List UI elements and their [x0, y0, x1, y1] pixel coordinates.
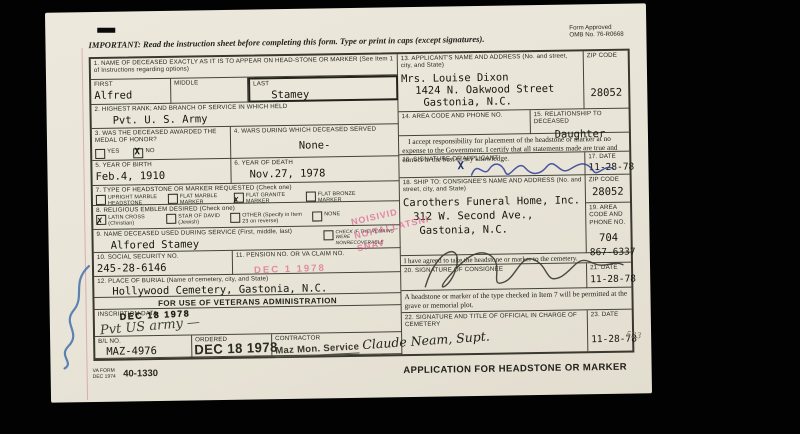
field-6-label: 6. YEAR OF DEATH [234, 157, 395, 167]
field-6-year-of-death: 6. YEAR OF DEATH Nov.27, 1978 [231, 156, 399, 184]
zip-value-13: 28052 [587, 87, 625, 100]
form-title: APPLICATION FOR HEADSTONE OR MARKER [403, 362, 628, 377]
consignee-line2: 312 W. Second Ave., [413, 208, 582, 223]
field-19-label: 19. AREA CODE AND PHONE NO. [589, 204, 627, 227]
field-14-label: 14. AREA CODE AND PHONE NO. [402, 111, 527, 120]
field-4-wars-served: 4. WARS DURING WHICH DECEASED SERVED Non… [231, 124, 399, 159]
applicant-signature [467, 151, 617, 185]
consignee-signature [417, 236, 633, 301]
field-10-label: 10. SOCIAL SECURITY NO. [97, 252, 229, 261]
medal-no-checkbox: X [133, 148, 143, 158]
emblem-option-latin-cross: ✗ LATIN CROSS (Christian) [96, 214, 158, 227]
margin-note: 523 [626, 330, 642, 341]
medal-no-option: X NO [133, 148, 154, 158]
field-14-phone: 14. AREA CODE AND PHONE NO. [399, 110, 531, 136]
first-name-value: Alfred [94, 89, 167, 102]
flat-marble-checkbox [168, 194, 178, 204]
applicant-x-mark: X [457, 159, 464, 172]
latin-cross-checkbox: ✗ [96, 215, 106, 225]
form-paper: IMPORTANT: Read the instruction sheet be… [45, 3, 652, 402]
star-of-david-label: STAR OF DAVID (Jewish) [178, 213, 222, 226]
field-first-name: FIRST Alfred [91, 79, 171, 105]
field-4-label: 4. WARS DURING WHICH DECEASED SERVED [234, 125, 395, 135]
red-date-stamp: DEC 1 1978 [254, 263, 326, 276]
nonrecoverable-checkbox [323, 230, 333, 240]
consignee-line1: Carothers Funeral Home, Inc. [403, 194, 582, 209]
last-name-value: Stamey [271, 88, 393, 102]
scanned-document-view: IMPORTANT: Read the instruction sheet be… [0, 0, 800, 434]
ordered-date-stamp: DEC 18 1978 [194, 339, 278, 358]
field-23-value: 11-28-78 [591, 334, 629, 346]
form-approved-line2: OMB No. 76-R0668 [569, 31, 623, 39]
star-of-david-checkbox [166, 214, 176, 224]
emblem-other-label: OTHER (Specify in Item 23 on reverse) [242, 212, 304, 225]
margin-handwriting [51, 262, 103, 375]
medal-no-x-mark: X [134, 147, 140, 157]
field-middle-name: MIDDLE [171, 78, 248, 104]
emblem-none-checkbox [312, 212, 322, 222]
field-13-label: 13. APPLICANT'S NAME AND ADDRESS (No. an… [401, 52, 580, 69]
emblem-option-star-of-david: STAR OF DAVID (Jewish) [166, 213, 222, 226]
form-approved-note: Form Approved OMB No. 76-R0668 [569, 24, 624, 40]
field-5-label: 5. YEAR OF BIRTH [95, 160, 227, 169]
medal-no-label: NO [145, 148, 154, 155]
field-10-value: 245-28-6146 [97, 261, 229, 275]
va-form-number: VA FORM DEC 1974 40-1330 [93, 365, 159, 384]
field-4-value: None- [234, 139, 395, 154]
emblem-option-other: OTHER (Specify in Item 23 on reverse) [230, 212, 304, 225]
zip-label-13: ZIP CODE [587, 52, 625, 60]
bl-label: B/L NO. [98, 337, 188, 346]
field-ordered: ORDERED DEC 18 1978 [192, 334, 272, 357]
last-name-label: LAST [253, 78, 393, 88]
zip-value-18: 28052 [589, 186, 627, 199]
field-last-name: LAST Stamey [248, 75, 398, 102]
first-name-label: FIRST [94, 80, 167, 88]
field-15-label: 15. RELATIONSHIP TO DECEASED [534, 110, 626, 126]
field-3-label: 3. WAS THE DECEASED AWARDED THE MEDAL OF… [95, 128, 227, 145]
bl-value: MAZ-4976 [106, 345, 188, 358]
field-15-relationship: 15. RELATIONSHIP TO DECEASED Daughter [531, 109, 629, 135]
field-3-medal-of-honor: 3. WAS THE DECEASED AWARDED THE MEDAL OF… [92, 127, 231, 161]
consignee-line3: Gastonia, N.C. [419, 222, 582, 237]
va-form-line2: DEC 1974 [93, 374, 116, 380]
important-notice: IMPORTANT: Read the instruction sheet be… [88, 32, 593, 50]
emblem-none-label: NONE [324, 211, 340, 217]
field-1-label: 1. NAME OF DECEASED EXACTLY AS IT IS TO … [94, 55, 394, 74]
va-form-prefix: VA FORM DEC 1974 [93, 369, 116, 380]
field-13-zip: ZIP CODE 28052 [584, 51, 629, 110]
emblem-other-checkbox [230, 213, 240, 223]
medal-yes-checkbox [95, 148, 105, 158]
contractor-stamp: Maz Mon. Service [275, 341, 359, 357]
flat-bronze-checkbox [306, 192, 316, 202]
medal-yes-label: YES [107, 148, 119, 155]
field-23-label: 23. DATE [591, 311, 629, 319]
latin-cross-x-mark: ✗ [96, 214, 103, 227]
field-13-applicant: 13. APPLICANT'S NAME AND ADDRESS (No. an… [398, 51, 585, 112]
field-5-value: Feb.4, 1910 [95, 169, 227, 183]
field-5-year-of-birth: 5. YEAR OF BIRTH Feb.4, 1910 [92, 159, 231, 186]
applicant-line3: Gastonia, N.C. [423, 94, 580, 108]
scan-artifact [97, 28, 115, 33]
flat-granite-checkbox: ✗ [234, 193, 244, 203]
field-10-ssn: 10. SOCIAL SECURITY NO. 245-28-6146 [94, 251, 233, 277]
field-22-label: 22. SIGNATURE AND TITLE OF OFFICIAL IN C… [405, 311, 584, 328]
medal-yes-option: YES [95, 148, 119, 158]
upright-marble-checkbox [96, 195, 106, 205]
form-number: 40-1330 [123, 368, 158, 380]
field-6-value: Nov.27, 1978 [249, 167, 395, 181]
field-bl-no: B/L NO. MAZ-4976 [95, 335, 192, 359]
middle-name-label: MIDDLE [174, 79, 244, 87]
latin-cross-label: LATIN CROSS (Christian) [108, 214, 158, 227]
